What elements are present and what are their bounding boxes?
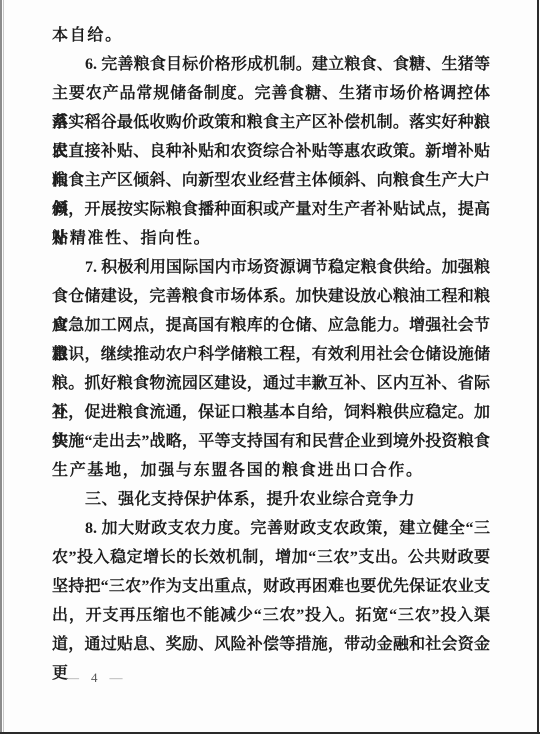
section-heading: 三、强化支持保护体系，提升农业综合竞争力	[52, 485, 490, 514]
scan-edge-right	[537, 0, 539, 734]
scan-edge-left	[0, 0, 2, 734]
page-number: —4—	[66, 670, 124, 686]
text-line: 生产基地，加强与东盟各国的粮食进出口合作。	[52, 456, 490, 485]
text-line: 坚持把“三农”作为支出重点，财政再困难也要优先保证农业支	[52, 572, 490, 601]
text-line: 食仓储建设，完善粮食市场体系。加快建设放心粮油工程和粮食	[52, 282, 490, 311]
text-line: 8. 加大财政支农力度。完善财政支农政策，建立健全“三	[52, 514, 490, 543]
text-line: 补，促进粮食流通，保证口粮基本自给，饲料粮供应稳定。加快	[52, 398, 490, 427]
text-line: 出，开支再压缩也不能减少“三农”投入。拓宽“三农”投入渠	[52, 601, 490, 630]
text-line: 7. 积极利用国际国内市场资源调节稳定粮食供给。加强粮	[52, 253, 490, 282]
text-line: 6. 完善粮食目标价格形成机制。建立粮食、食糖、生猪等	[52, 50, 490, 79]
page-number-left-dash: —	[66, 670, 80, 685]
text-line: 主要农产品常规储备制度。完善食糖、生猪市场价格调控体系。	[52, 79, 490, 108]
document-body: 本自给。 6. 完善粮食目标价格形成机制。建立粮食、食糖、生猪等 主要农产品常规…	[52, 21, 490, 659]
text-line: 实施“走出去”战略，平等支持国有和民营企业到境外投资粮食	[52, 427, 490, 456]
page-number-right-dash: —	[110, 670, 124, 685]
text-line: 贴精准性、指向性。	[52, 224, 490, 253]
text-line: 落实稻谷最低收购价政策和粮食主产区补偿机制。落实好种粮农	[52, 108, 490, 137]
document-page: 本自给。 6. 完善粮食目标价格形成机制。建立粮食、食糖、生猪等 主要农产品常规…	[0, 0, 540, 734]
page-number-value: 4	[91, 670, 99, 685]
text-line: 斜，开展按实际粮食播种面积或产量对生产者补贴试点，提高补	[52, 195, 490, 224]
text-line: 意识，继续推动农户科学储粮工程，有效利用社会仓储设施储	[52, 340, 490, 369]
text-line: 粮食主产区倾斜、向新型农业经营主体倾斜、向粮食生产大户倾	[52, 166, 490, 195]
text-line: 应急加工网点，提高国有粮库的仓储、应急能力。增强社会节粮	[52, 311, 490, 340]
text-line: 民直接补贴、良种补贴和农资综合补贴等惠农政策。新增补贴向	[52, 137, 490, 166]
text-line: 道，通过贴息、奖励、风险补偿等措施，带动金融和社会资金更	[52, 630, 490, 659]
scan-edge-left-inner	[3, 0, 4, 734]
text-line: 本自给。	[52, 21, 490, 50]
text-line: 农”投入稳定增长的长效机制，增加“三农”支出。公共财政要	[52, 543, 490, 572]
text-line: 粮。抓好粮食物流园区建设，通过丰歉互补、区内互补、省际互	[52, 369, 490, 398]
